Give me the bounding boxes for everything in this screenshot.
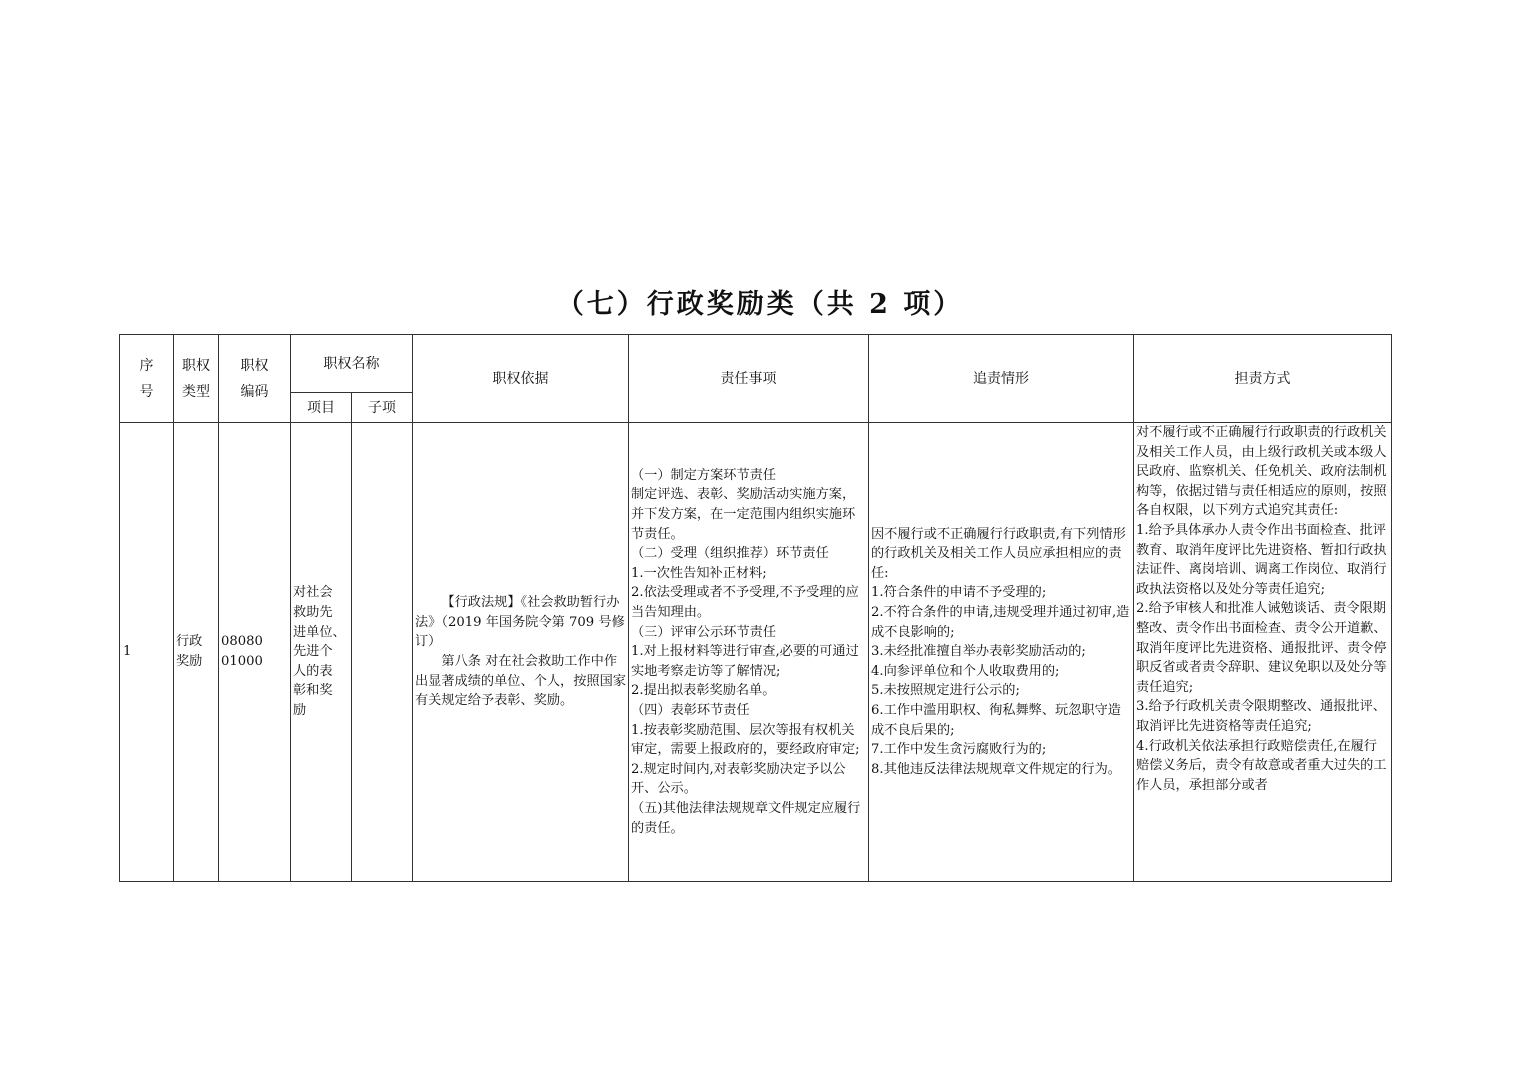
- cell-accountability: 因不履行或不正确履行行政职责,有下列情形的行政机关及相关工作人员应承担相应的责任…: [869, 423, 1134, 882]
- cell-type: 行政 奖励: [174, 423, 219, 882]
- cell-subitem: [352, 423, 413, 882]
- header-liability: 担责方式: [1134, 335, 1392, 423]
- header-name-item: 项目: [291, 393, 352, 423]
- page-title: （七）行政奖励类（共 2 项）: [0, 282, 1520, 321]
- cell-responsibilities: （一）制定方案环节责任 制定评选、表彰、奖励活动实施方案，并下发方案，在一定范围…: [629, 423, 869, 882]
- basis-article: 第八条 对在社会救助工作中作出显著成绩的单位、个人，按照国家有关规定给予表彰、奖…: [415, 652, 627, 711]
- cell-basis: 【行政法规】《社会救助暂行办法》（2019 年国务院令第 709 号修订） 第八…: [413, 423, 629, 882]
- header-seq: 序 号: [120, 335, 174, 423]
- cell-code: 08080 01000: [219, 423, 291, 882]
- header-basis: 职权依据: [413, 335, 629, 423]
- cell-item: 对社会 救助先 进单位、 先进个 人的表 彰和奖 励: [291, 423, 352, 882]
- basis-regulation: 【行政法规】《社会救助暂行办法》（2019 年国务院令第 709 号修订）: [415, 593, 627, 652]
- header-accountability: 追责情形: [869, 335, 1134, 423]
- header-responsibilities: 责任事项: [629, 335, 869, 423]
- cell-seq: 1: [120, 423, 174, 882]
- cell-liability: 对不履行或不正确履行行政职责的行政机关及相关工作人员，由上级行政机关或本级人民政…: [1134, 423, 1392, 882]
- header-name-subitem: 子项: [352, 393, 413, 423]
- table-row: 1 行政 奖励 08080 01000 对社会 救助先 进单位、 先进个 人的表…: [120, 423, 1392, 882]
- header-code: 职权 编码: [219, 335, 291, 423]
- header-name-group: 职权名称: [291, 335, 413, 393]
- powers-table: 序 号 职权 类型 职权 编码 职权名称 职权依据 责任事项 追责情形 担责方式…: [119, 334, 1392, 882]
- header-type: 职权 类型: [174, 335, 219, 423]
